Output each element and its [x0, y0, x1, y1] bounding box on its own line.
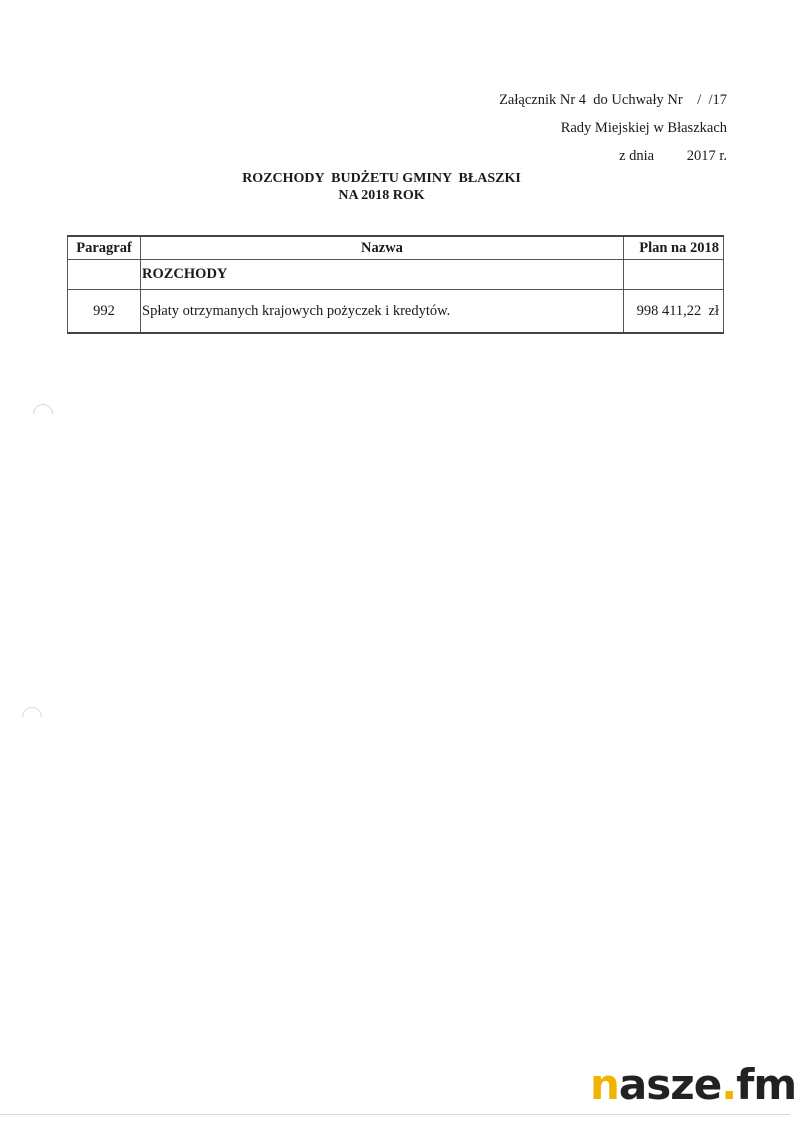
footer-divider [0, 1114, 790, 1115]
logo-first-letter: n [590, 1060, 619, 1109]
row-plan: 998 411,22 zł [624, 290, 724, 334]
section-row: ROZCHODY [68, 260, 724, 290]
resolution-date: z dnia 2017 r. [499, 142, 727, 170]
title-line-2: NA 2018 ROK [0, 187, 763, 204]
header-plan: Plan na 2018 [624, 236, 724, 260]
attachment-header: Załącznik Nr 4 do Uchwały Nr / /17 Rady … [499, 86, 727, 170]
logo-tld: fm [736, 1060, 796, 1109]
council-name: Rady Miejskiej w Błaszkach [499, 114, 727, 142]
punch-hole-mark [29, 400, 57, 428]
header-paragraf: Paragraf [68, 236, 141, 260]
row-paragraf: 992 [68, 290, 141, 334]
punch-hole-mark [18, 703, 46, 731]
expenditure-table: Paragraf Nazwa Plan na 2018 ROZCHODY 992… [67, 235, 724, 334]
table-row: 992 Spłaty otrzymanych krajowych pożycze… [68, 290, 724, 334]
document-title: ROZCHODY BUDŻETU GMINY BŁASZKI NA 2018 R… [0, 170, 763, 204]
nasze-fm-watermark-logo: nasze.fm [590, 1062, 796, 1108]
section-name: ROZCHODY [141, 260, 624, 290]
section-paragraf [68, 260, 141, 290]
header-nazwa: Nazwa [141, 236, 624, 260]
table-header-row: Paragraf Nazwa Plan na 2018 [68, 236, 724, 260]
row-name: Spłaty otrzymanych krajowych pożyczek i … [141, 290, 624, 334]
title-line-1: ROZCHODY BUDŻETU GMINY BŁASZKI [0, 170, 763, 187]
section-plan [624, 260, 724, 290]
logo-dot: . [721, 1060, 736, 1109]
attachment-number: Załącznik Nr 4 do Uchwały Nr / /17 [499, 86, 727, 114]
logo-name: asze [619, 1060, 721, 1109]
